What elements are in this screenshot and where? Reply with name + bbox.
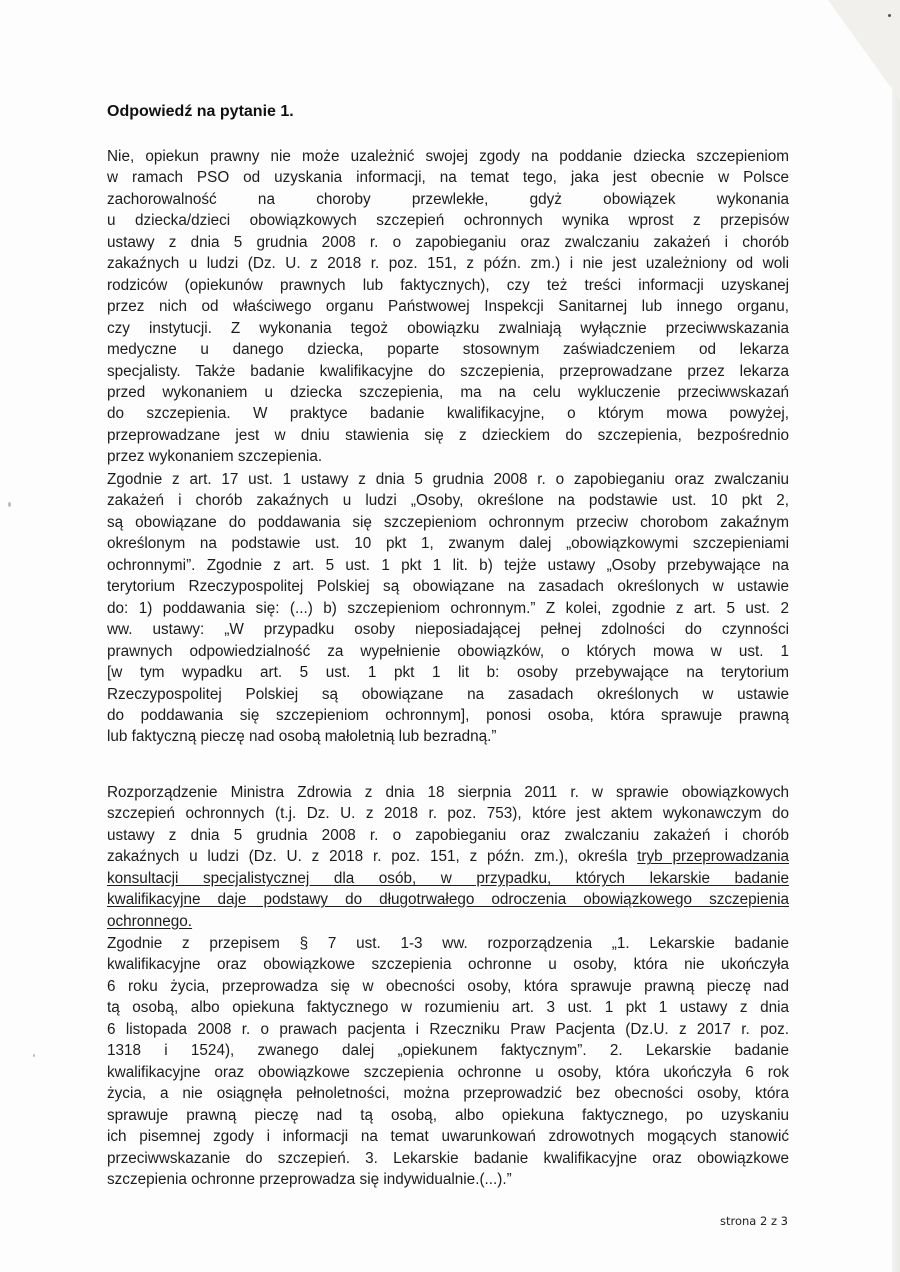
text-line: ustawy z dnia 5 grudnia 2008 r. o zapobi… [107,826,789,846]
text-line: czy instytucji. Z wykonania tegoż obowią… [107,319,789,339]
text-line: Zgodnie z przepisem § 7 ust. 1-3 ww. roz… [107,934,789,954]
page-edge-shadow [892,0,900,1272]
text-line: przed wykonaniem u dziecka szczepienia, … [107,383,789,403]
text-line: przeprowadzane jest w dniu stawienia się… [107,426,789,446]
text-line: kwalifikacyjne oraz obowiązkowe szczepie… [107,1063,789,1083]
page-number: strona 2 z 3 [720,1214,788,1228]
text-line: ich pisemnej zgody i informacji na temat… [107,1127,789,1147]
text-line: [w tym wypadku art. 5 ust. 1 pkt 1 lit b… [107,663,789,683]
text-line: zakaźnych u ludzi (Dz. U. z 2018 r. poz.… [107,254,789,274]
text-line: Rzeczypospolitej Polskiej są obowiązane … [107,685,789,705]
text-line: 1318 i 1524), zwanego dalej „opiekunem f… [107,1041,789,1061]
text-line: w ramach PSO od uzyskania informacji, na… [107,168,789,188]
text-line: przez wykonaniem szczepienia. [107,447,789,467]
scan-speck [33,1054,35,1057]
text-line: 6 listopada 2008 r. o prawach pacjenta i… [107,1020,789,1040]
text-line: przez nich od właściwego organu Państwow… [107,297,789,317]
text-line: przeciwwskazanie do szczepień. 3. Lekars… [107,1149,789,1169]
text-line: lub faktyczną pieczę nad osobą małoletni… [107,727,789,747]
text-line: sprawuje prawną pieczę nad tą osobą, alb… [107,1106,789,1126]
text-line: Zgodnie z art. 17 ust. 1 ustawy z dnia 5… [107,470,789,490]
text-line: medyczne u danego dziecka, poparte stoso… [107,340,789,360]
text-line: specjalisty. Także badanie kwalifikacyjn… [107,362,789,382]
text-line: są obowiązane do poddawania się szczepie… [107,513,789,533]
section-heading: Odpowiedź na pytanie 1. [107,103,294,121]
text-line: kwalifikacyjne daje podstawy do długotrw… [107,890,789,910]
text-line: do szczepienia. W praktyce badanie kwali… [107,404,789,424]
text-line: Nie, opiekun prawny nie może uzależnić s… [107,147,789,167]
text-line: rodziców (opiekunów prawnych lub faktycz… [107,276,789,296]
scan-speck [888,14,891,17]
text-line: życia, a nie osiągnęła pełnoletności, mo… [107,1084,789,1104]
text-line: terytorium Rzeczypospolitej Polskiej są … [107,577,789,597]
text-line: Rozporządzenie Ministra Zdrowia z dnia 1… [107,783,789,803]
text-line: tą osobą, albo opiekuna faktycznego w ro… [107,998,789,1018]
text-line: ustawy z dnia 5 grudnia 2008 r. o zapobi… [107,233,789,253]
text-line: do poddawania się szczepieniom ochronnym… [107,706,789,726]
text-line: konsultacji specjalistycznej dla osób, w… [107,869,789,889]
underlined-text: tryb przeprowadzania [637,848,789,865]
scan-speck [8,502,11,507]
text-line: prawnych odpowiedzialność za wypełnienie… [107,642,789,662]
text-line: zakaźnych u ludzi (Dz. U. z 2018 r. poz.… [107,847,789,867]
text-line: szczepień ochronnych (t.j. Dz. U. z 2018… [107,804,789,824]
text-line: ww. ustawy: „W przypadku osoby nieposiad… [107,620,789,640]
text-line: u dziecka/dzieci obowiązkowych szczepień… [107,211,789,231]
text-line: ochronnymi”. Zgodnie z art. 5 ust. 1 pkt… [107,556,789,576]
text-line: kwalifikacyjne oraz obowiązkowe szczepie… [107,955,789,975]
text-line: zachorowalność na choroby przewlekłe, gd… [107,190,789,210]
text-line: do: 1) poddawania się: (...) b) szczepie… [107,599,789,619]
text-line: określonym na podstawie ust. 10 pkt 1, z… [107,534,789,554]
text-line: zakażeń i chorób zakaźnych u ludzi „Osob… [107,491,789,511]
text-line: ochronnego. [107,912,789,932]
text-line: szczepienia ochronne przeprowadza się in… [107,1170,789,1190]
text-line: 6 roku życia, przeprowadza się w obecnoś… [107,977,789,997]
